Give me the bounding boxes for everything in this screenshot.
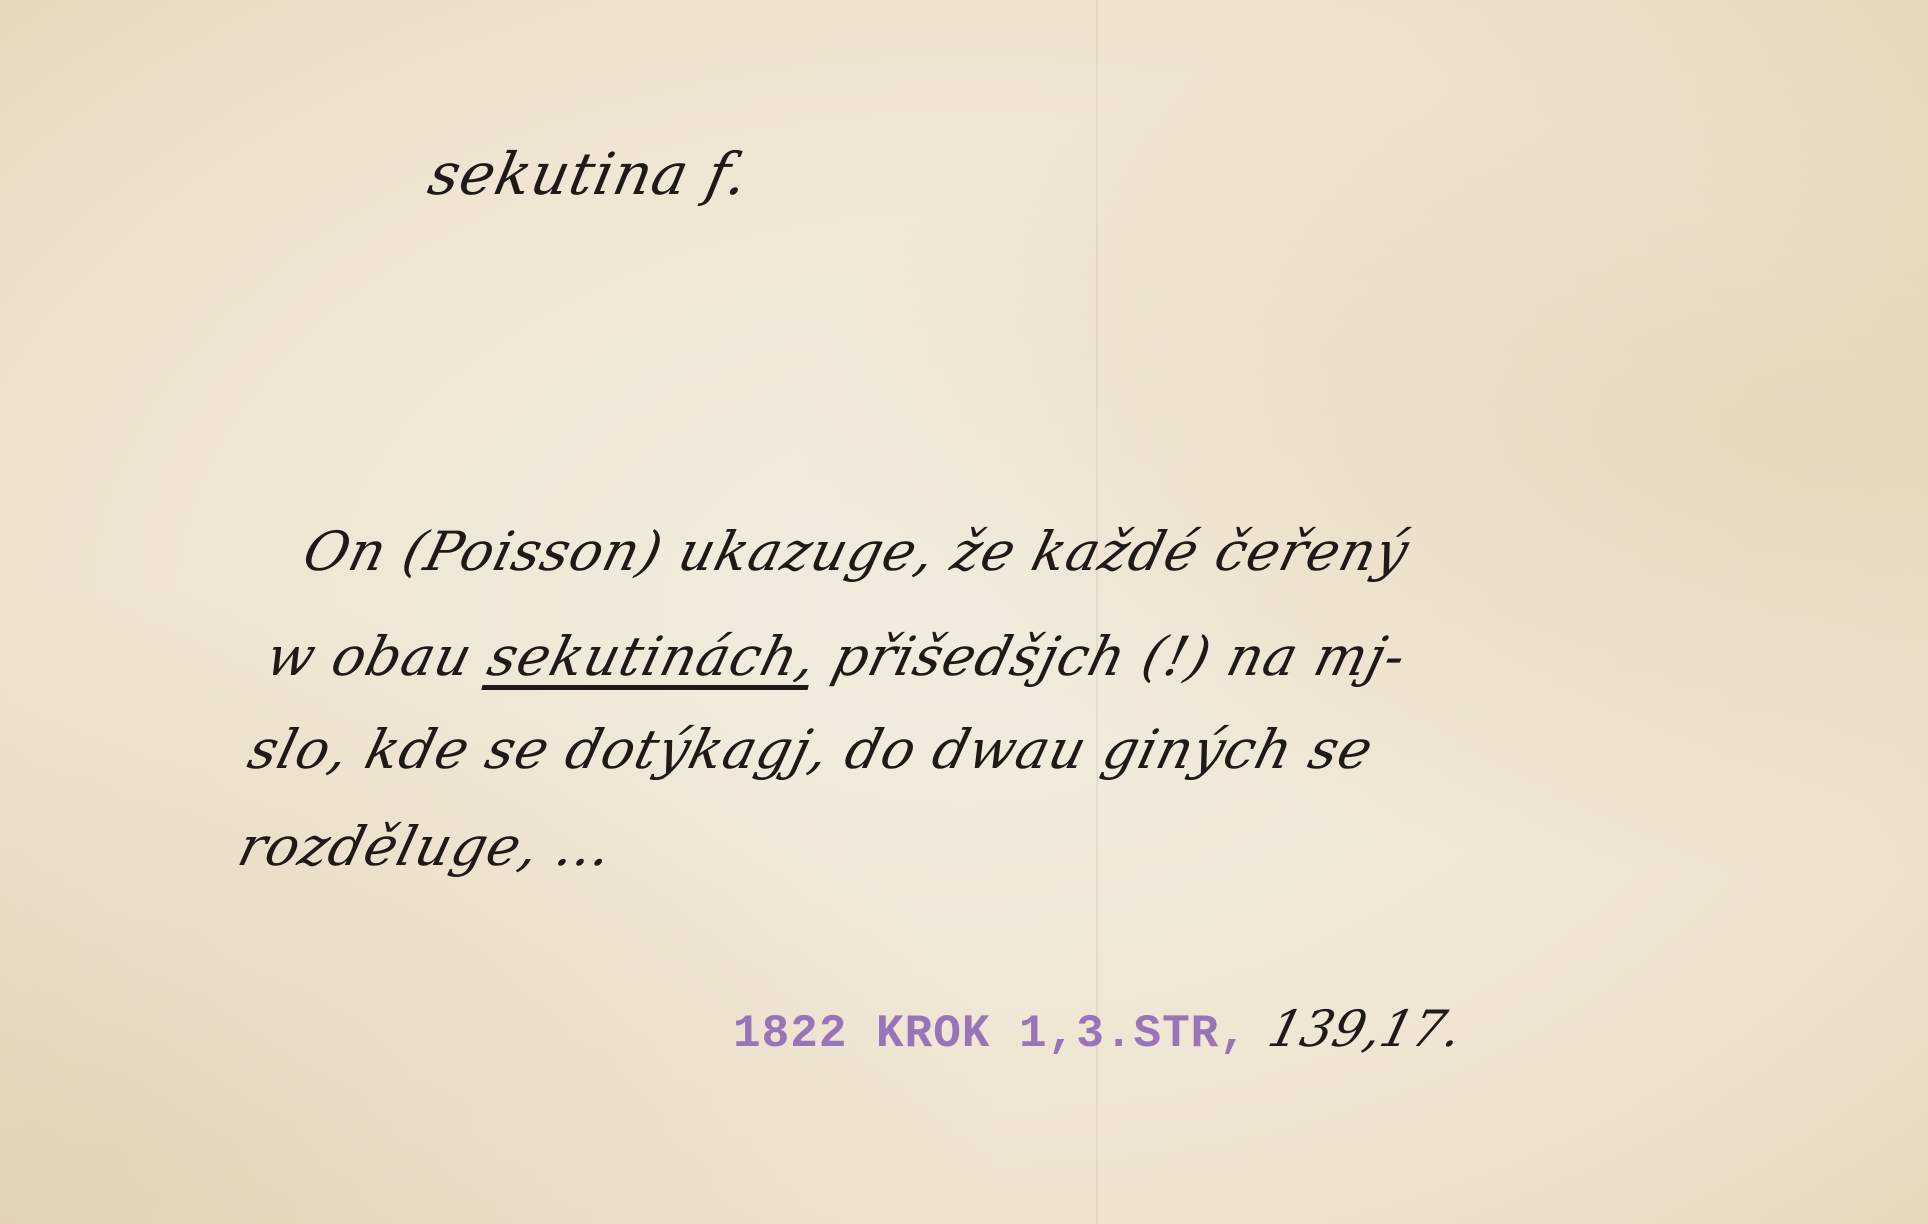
heading-term: sekutina f. [423, 140, 755, 208]
body-line-3: slo, kde se dotýkagj, do dwau giných se [242, 718, 1380, 781]
body-line-2-after: přišedšjch (!) na mj- [808, 625, 1413, 688]
page-reference-note: 139,17. [1263, 1000, 1468, 1058]
underlined-term: sekutinách, [482, 625, 824, 688]
body-line-1: On (Poisson) ukazuge, že každé čeřený [297, 520, 1416, 583]
body-line-2: w obau sekutinách, přišedšjch (!) na mj- [260, 625, 1413, 688]
source-stamp: 1822 KROK 1,3.STR, [733, 1008, 1248, 1060]
body-line-4: rozděluge, ... [232, 815, 619, 878]
document-card: sekutina f. On (Poisson) ukazuge, že kaž… [0, 0, 1928, 1224]
source-reference: 1822 KROK 1,3.STR, 139,17. [733, 1000, 1461, 1060]
body-line-2-before: w obau [260, 625, 497, 688]
